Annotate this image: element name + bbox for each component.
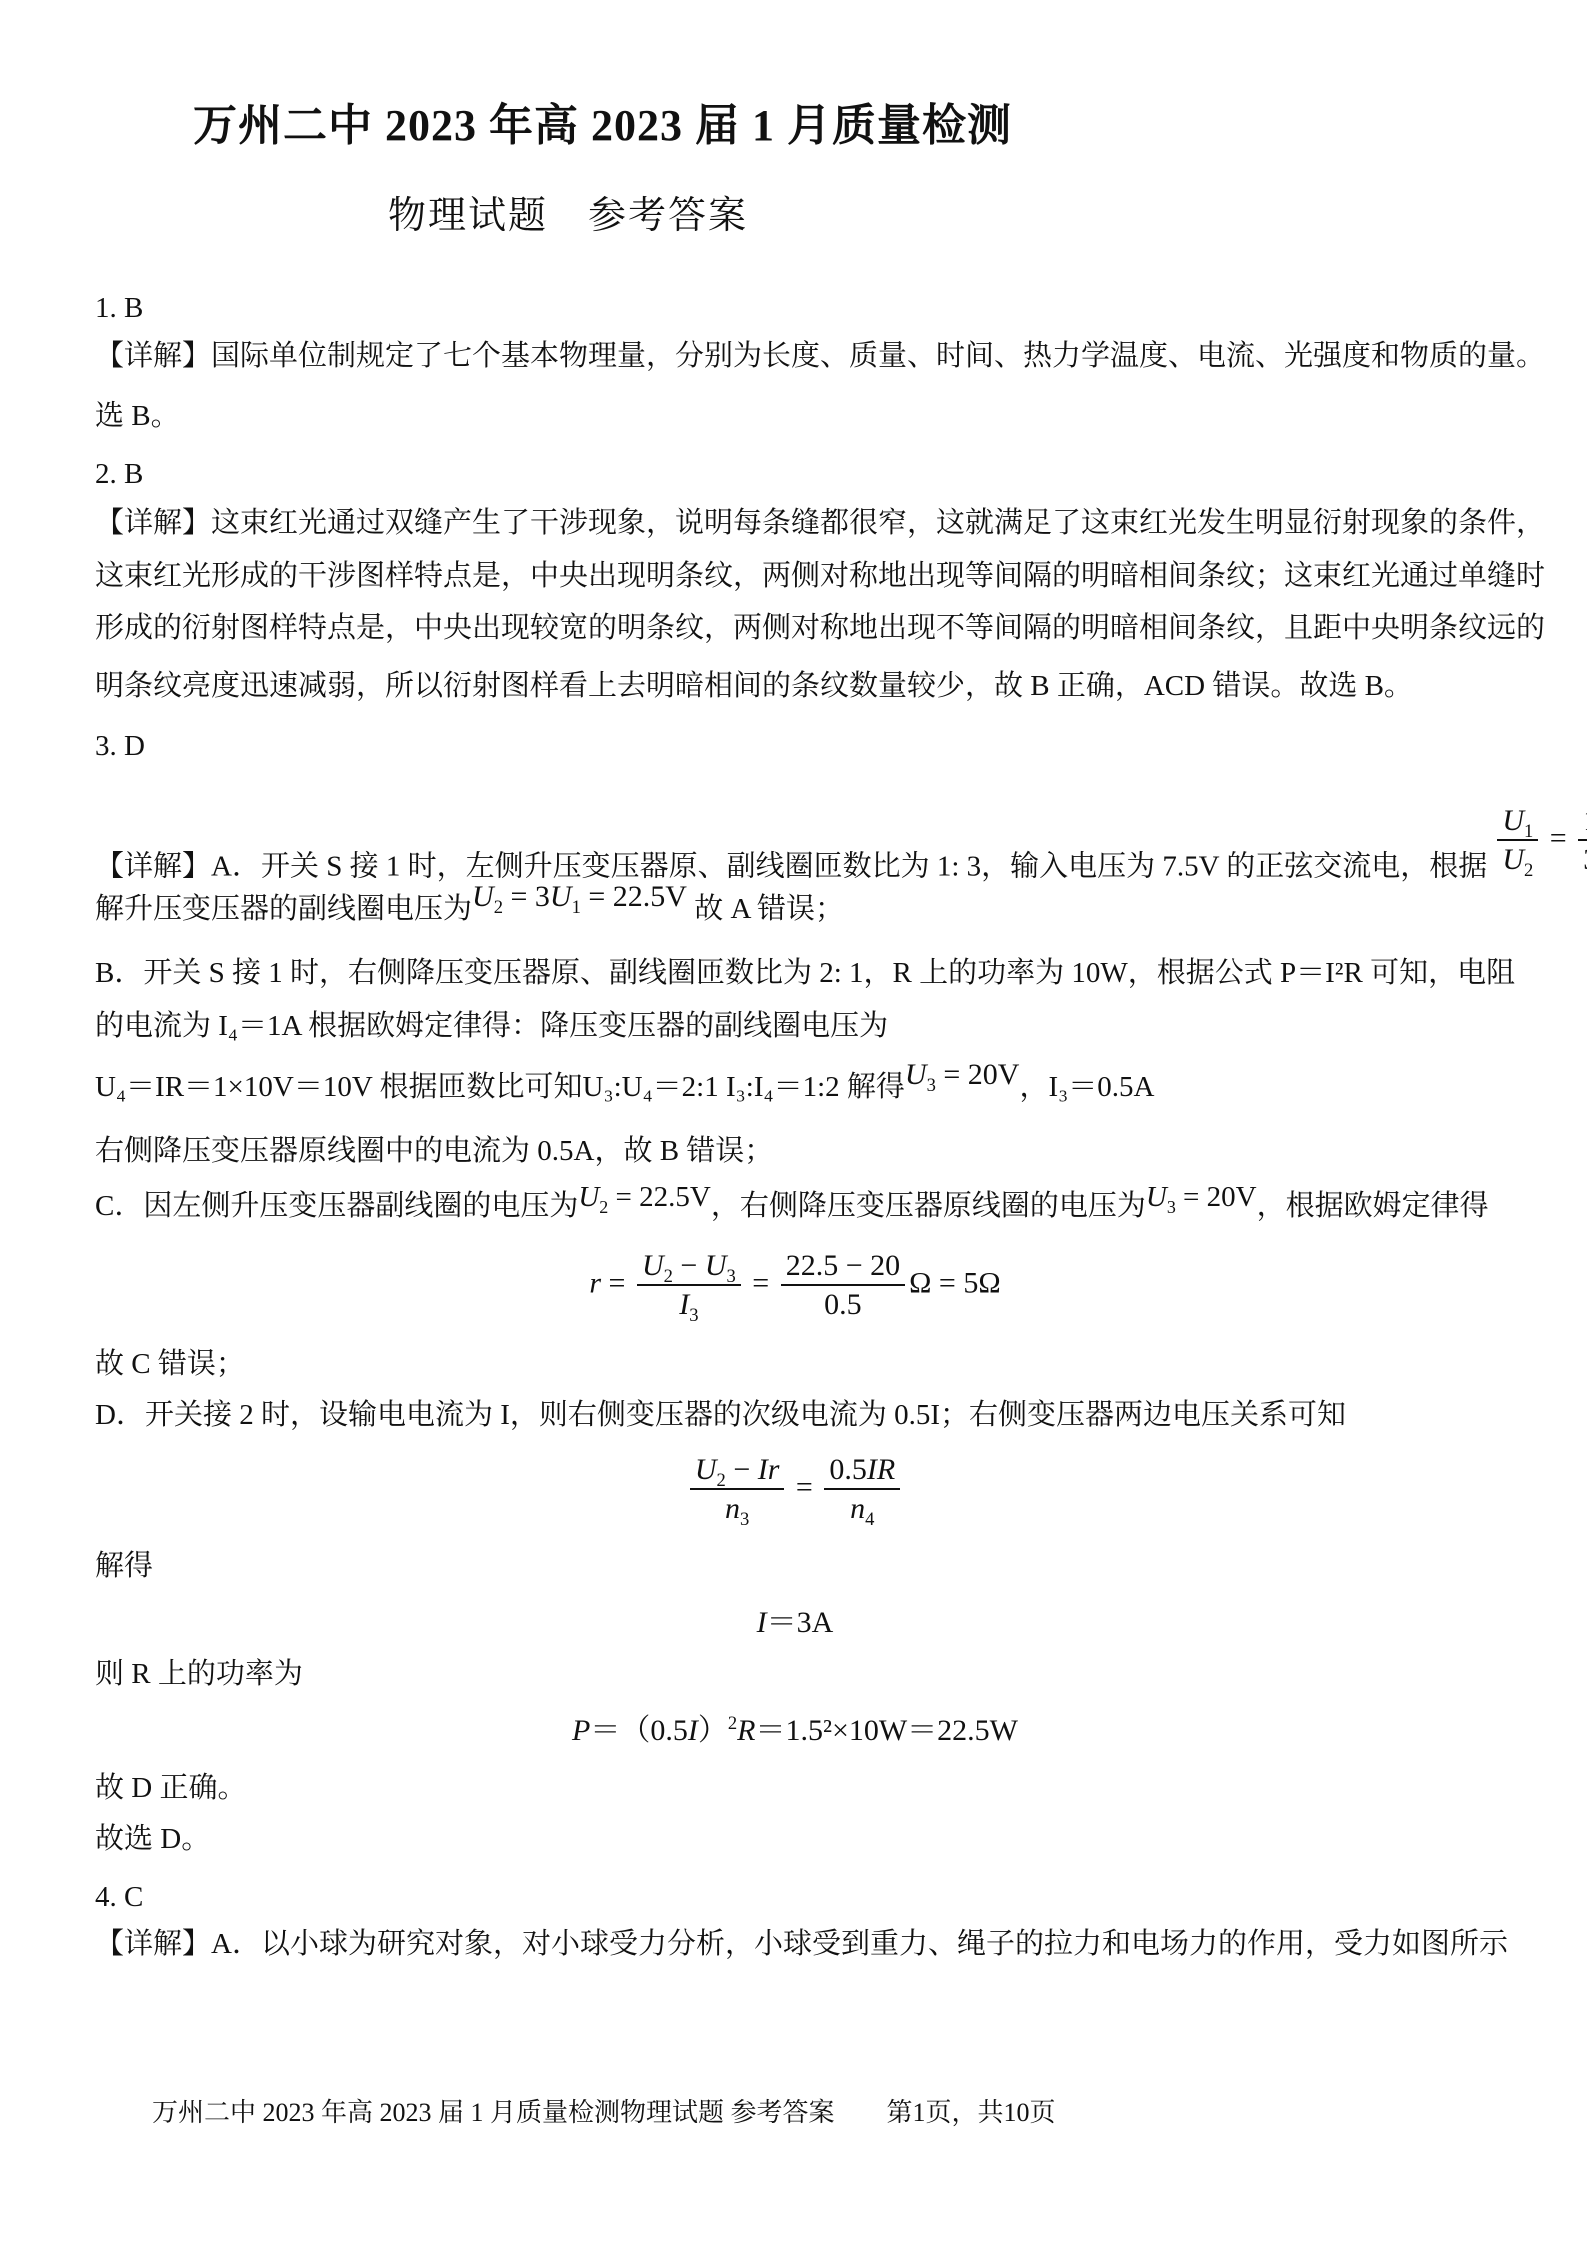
q1-detail-line-1: 【详解】国际单位制规定了七个基本物理量，分别为长度、质量、时间、热力学温度、电流… xyxy=(95,337,1545,375)
math-sub: 2 xyxy=(494,897,503,918)
math-var: U xyxy=(905,1058,927,1091)
fraction: 0.5IRn4 xyxy=(824,1452,900,1527)
math-sub: 2 xyxy=(599,1197,608,1217)
denominator: n4 xyxy=(824,1490,900,1526)
fraction: 13 xyxy=(1578,803,1587,878)
text-run: C．因左侧升压变压器副线圈的电压为 xyxy=(95,1190,578,1222)
minus-sign: − xyxy=(673,1249,705,1282)
math-var: U xyxy=(1502,804,1524,837)
q3-optionD-line-4: 故 D 正确。 xyxy=(95,1769,246,1807)
math-sub: 1 xyxy=(1524,821,1533,842)
text-run: 解升压变压器的副线圈电压为 xyxy=(95,893,472,925)
math-sub: 3 xyxy=(1167,1197,1176,1217)
denominator: 3 xyxy=(1578,841,1587,877)
math-var: U xyxy=(550,880,572,913)
math-text: Ω = 5Ω xyxy=(909,1266,1001,1299)
numerator: U1 xyxy=(1497,803,1538,841)
document-page: { "doc": { "title": "万州二中 2023 年高 2023 届… xyxy=(0,0,1587,2245)
q2-detail-line-4: 明条纹亮度迅速减弱，所以衍射图样看上去明暗相间的条纹数量较少，故 B 正确，AC… xyxy=(95,667,1413,705)
numerator: U2 − U3 xyxy=(637,1248,741,1286)
math-var: U xyxy=(695,1453,717,1486)
math-text: ＝3A xyxy=(767,1606,834,1639)
math-var: I xyxy=(757,1606,767,1639)
math-sub: 2 xyxy=(664,1266,673,1287)
math-var: U xyxy=(1502,843,1524,876)
fraction: 22.5 − 200.5 xyxy=(781,1248,905,1323)
math-var: U xyxy=(578,1181,599,1213)
equals-sign: = xyxy=(745,1266,777,1299)
footer-page-number: 第1页，共10页 xyxy=(887,2098,1056,2127)
math-var: n xyxy=(725,1492,740,1525)
math-sub: 4 xyxy=(865,1509,874,1530)
q2-detail-line-1: 【详解】这束红光通过双缝产生了干涉现象，说明每条缝都很窄，这就满足了这束红光发生… xyxy=(95,504,1545,542)
math-sub: 1 xyxy=(572,897,581,918)
q1-detail-line-2: 选 B。 xyxy=(95,397,180,435)
math-sub: 3 xyxy=(740,1509,749,1530)
math-var: IR xyxy=(867,1453,895,1486)
math-sub: 3 xyxy=(689,1305,698,1326)
fraction: U2 − Irn3 xyxy=(690,1452,785,1527)
math-var: U xyxy=(1146,1181,1167,1213)
page-title: 万州二中 2023 年高 2023 届 1 月质量检测 xyxy=(193,100,1012,152)
math-var: P xyxy=(572,1714,590,1747)
math-var: n xyxy=(850,1492,865,1525)
equals-sign: = xyxy=(601,1266,633,1299)
math-var: I xyxy=(688,1714,698,1747)
q3-optionB-line-1: B．开关 S 接 1 时，右侧降压变压器原、副线圈匝数比为 2: 1，R 上的功… xyxy=(95,954,1515,992)
math-var: I xyxy=(679,1288,689,1321)
q3-optionC-line-2: 故 C 错误； xyxy=(95,1345,245,1383)
q3-answer: 3. D xyxy=(95,727,145,765)
q2-detail-line-3: 形成的衍射图样特点是，中央出现较宽的明条纹，两侧对称地出现不等间隔的明暗相间条纹… xyxy=(95,609,1545,647)
formula-u2-22v: U2 = 3U1 = 22.5V xyxy=(472,880,687,913)
math-var: r xyxy=(589,1266,601,1299)
minus-sign: − xyxy=(726,1453,758,1486)
ratio-formula-u1-u2: U1U2 = 13 xyxy=(1493,803,1587,878)
denominator: n3 xyxy=(690,1490,785,1526)
q3-optionC-line-1: C．因左侧升压变压器副线圈的电压为U2 = 22.5V，右侧降压变压器原线圈的电… xyxy=(95,1187,1489,1225)
equals-sign: = xyxy=(1542,821,1574,854)
math-text: = 22.5V xyxy=(608,1181,711,1213)
math-text: ＝1.5²×10W＝22.5W xyxy=(755,1714,1018,1747)
math-text: 0.5 xyxy=(829,1453,867,1486)
q4-answer: 4. C xyxy=(95,1878,143,1916)
text-run: U₄＝IR＝1×10V＝10V 根据匝数比可知U₃:U₄＝2:1 I₃:I₄＝1… xyxy=(95,1071,905,1103)
q3-current-result: I＝3A xyxy=(45,1604,1545,1642)
math-text: = 22.5V xyxy=(581,880,687,913)
text-run: ，I₃＝0.5A xyxy=(1019,1071,1154,1103)
math-sup: 2 xyxy=(728,1713,737,1734)
fraction: U1U2 xyxy=(1497,803,1538,878)
q3-optionD-line-2: 解得 xyxy=(95,1547,153,1585)
math-var: Ir xyxy=(758,1453,780,1486)
footer-document-title: 万州二中 2023 年高 2023 届 1 月质量检测物理试题 参考答案 xyxy=(152,2098,835,2127)
q3-optionB-line-4: 右侧降压变压器原线圈中的电流为 0.5A，故 B 错误； xyxy=(95,1132,773,1170)
q3-power-result: P＝（0.5I）2R＝1.5²×10W＝22.5W xyxy=(45,1712,1545,1750)
formula-u3: U3 = 20V xyxy=(1146,1181,1257,1213)
numerator: 22.5 − 20 xyxy=(781,1248,905,1286)
q3-optionA-line-2: 解升压变压器的副线圈电压为U2 = 3U1 = 22.5V 故 A 错误； xyxy=(95,890,844,928)
denominator: I3 xyxy=(637,1286,741,1322)
math-var: U xyxy=(642,1249,664,1282)
q3-optionB-line-3: U₄＝IR＝1×10V＝10V 根据匝数比可知U₃:U₄＝2:1 I₃:I₄＝1… xyxy=(95,1068,1154,1106)
fraction: U2 − U3I3 xyxy=(637,1248,741,1323)
q3-optionD-line-1: D．开关接 2 时，设输电电流为 I，则右侧变压器的次级电流为 0.5I；右侧变… xyxy=(95,1396,1346,1434)
q1-answer: 1. B xyxy=(95,289,143,327)
q4-detail-line-1: 【详解】A．以小球为研究对象，对小球受力分析，小球受到重力、绳子的拉力和电场力的… xyxy=(95,1925,1508,1963)
text-run: 故 A 错误； xyxy=(687,893,844,925)
math-sub: 2 xyxy=(717,1470,726,1491)
math-text: = 20V xyxy=(936,1058,1020,1091)
math-text: ） xyxy=(698,1714,728,1747)
math-text: ＝（0.5 xyxy=(590,1714,688,1747)
numerator: 0.5IR xyxy=(824,1452,900,1490)
page-subtitle: 物理试题 参考答案 xyxy=(388,192,748,240)
math-sub: 3 xyxy=(927,1075,936,1096)
math-var: R xyxy=(737,1714,755,1747)
math-text: = 3 xyxy=(503,880,550,913)
math-var: U xyxy=(472,880,494,913)
math-var: U xyxy=(705,1249,727,1282)
q3-transformer-voltage-formula: U2 − Irn3 = 0.5IRn4 xyxy=(45,1452,1545,1527)
formula-u2: U2 = 22.5V xyxy=(578,1181,711,1213)
q3-optionD-line-5: 故选 D。 xyxy=(95,1820,210,1858)
numerator: U2 − Ir xyxy=(690,1452,785,1490)
text-run: ，根据欧姆定律得 xyxy=(1257,1190,1489,1222)
math-sub: 2 xyxy=(1524,860,1533,881)
q3-ohm-law-formula: r = U2 − U3I3 = 22.5 − 200.5Ω = 5Ω xyxy=(45,1248,1545,1323)
denominator: 0.5 xyxy=(781,1286,905,1322)
equals-sign: = xyxy=(788,1470,820,1503)
numerator: 1 xyxy=(1578,803,1587,841)
q2-detail-line-2: 这束红光形成的干涉图样特点是，中央出现明条纹，两侧对称地出现等间隔的明暗相间条纹… xyxy=(95,557,1545,595)
math-text: = 20V xyxy=(1176,1181,1257,1213)
denominator: U2 xyxy=(1497,841,1538,877)
text-run: 【详解】A．开关 S 接 1 时，左侧升压变压器原、副线圈匝数比为 1: 3，输… xyxy=(95,850,1487,882)
q3-optionD-line-3: 则 R 上的功率为 xyxy=(95,1655,303,1693)
q3-optionB-line-2: 的电流为 I₄＝1A 根据欧姆定律得：降压变压器的副线圈电压为 xyxy=(95,1007,888,1045)
q2-answer: 2. B xyxy=(95,455,143,493)
page-footer: 万州二中 2023 年高 2023 届 1 月质量检测物理试题 参考答案第1页，… xyxy=(152,2094,1056,2132)
formula-u3-20v: U3 = 20V xyxy=(905,1058,1020,1091)
math-sub: 3 xyxy=(727,1266,736,1287)
text-run: ，右侧降压变压器原线圈的电压为 xyxy=(711,1190,1146,1222)
